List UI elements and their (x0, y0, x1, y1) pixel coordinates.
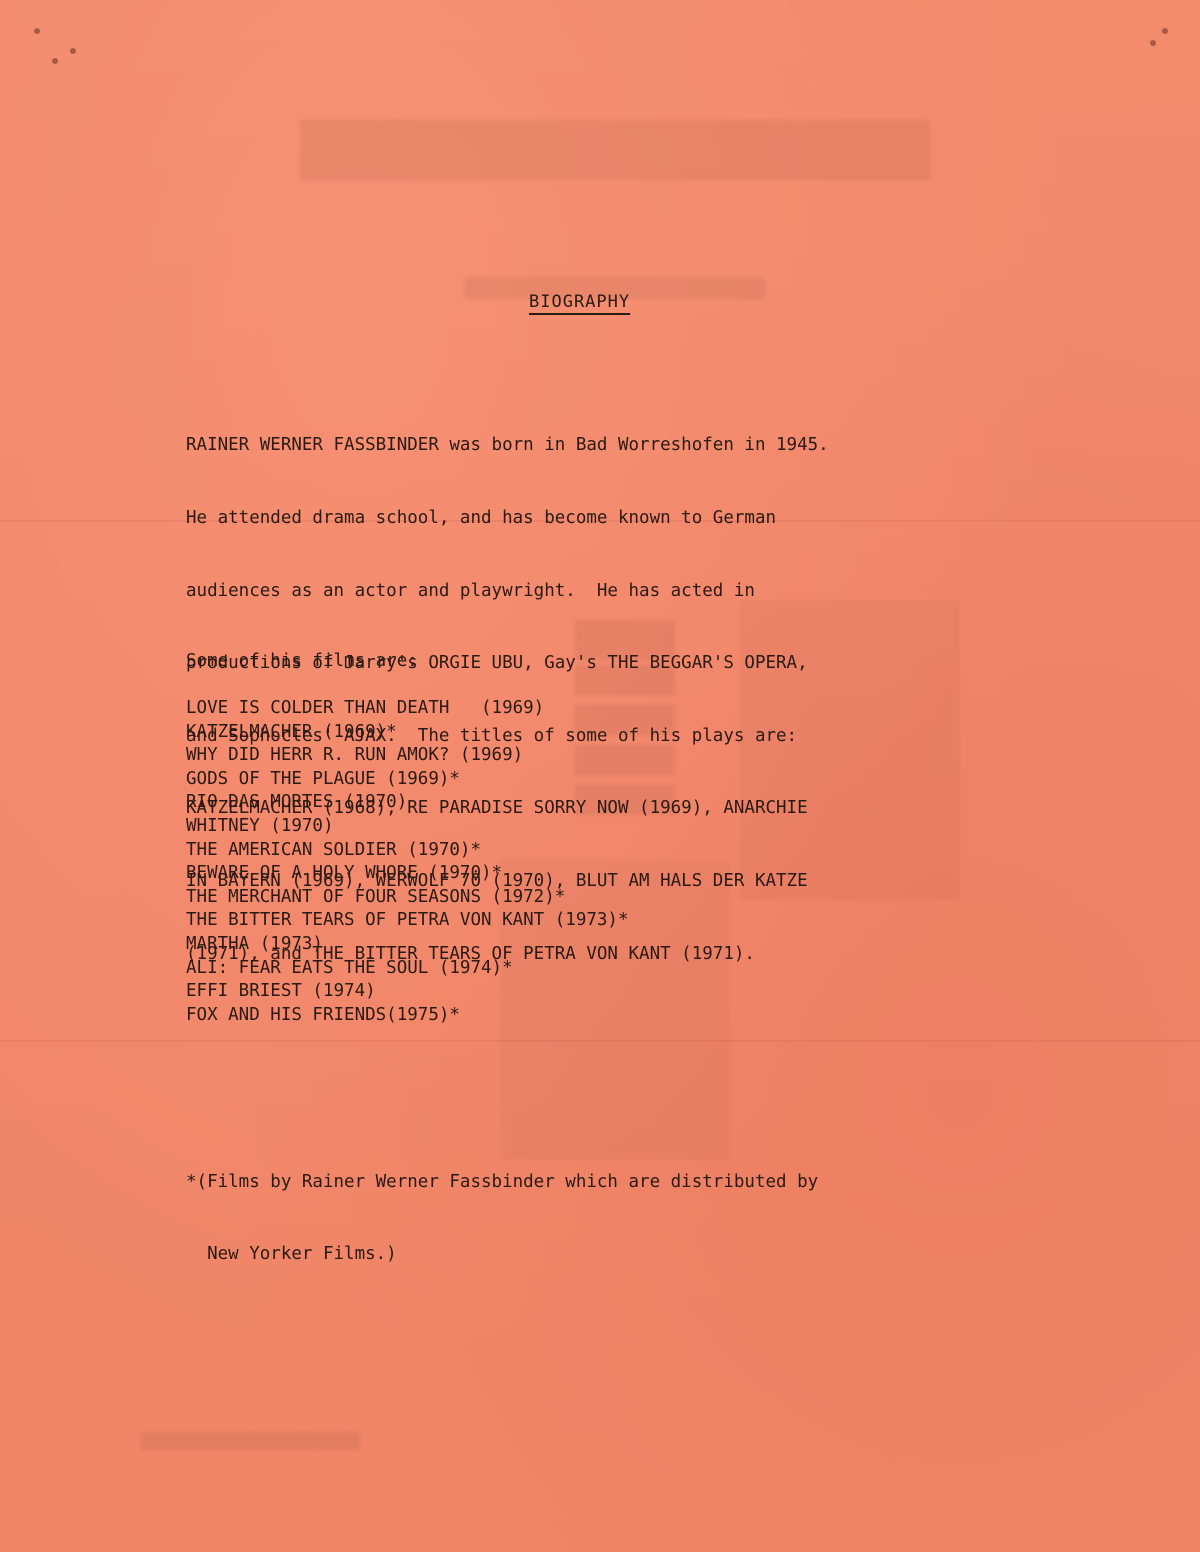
films-intro: Some of his films are: (186, 651, 418, 671)
film-item: THE BITTER TEARS OF PETRA VON KANT (1973… (186, 909, 629, 933)
film-item: THE MERCHANT OF FOUR SEASONS (1972)* (186, 886, 629, 910)
film-item: MARTHA (1973) (186, 933, 629, 957)
film-item: BEWARE OF A HOLY WHORE (1970)* (186, 862, 629, 886)
staple-hole (1150, 40, 1156, 46)
film-item: LOVE IS COLDER THAN DEATH (1969) (186, 697, 629, 721)
page-title: BIOGRAPHY (529, 292, 630, 312)
bleed-through-continued (140, 1432, 360, 1450)
footnote-line: *(Films by Rainer Werner Fassbinder whic… (186, 1170, 818, 1194)
staple-hole (70, 48, 76, 54)
film-item: KATZELMACHER (1969)* (186, 721, 629, 745)
bleed-through-masthead (300, 120, 930, 180)
staple-hole (34, 28, 40, 34)
staple-hole (52, 58, 58, 64)
film-item: ALI: FEAR EATS THE SOUL (1974)* (186, 957, 629, 981)
staple-hole (1162, 28, 1168, 34)
film-item: WHY DID HERR R. RUN AMOK? (1969) (186, 744, 629, 768)
bio-line: He attended drama school, and has become… (186, 506, 926, 530)
bio-line: RAINER WERNER FASSBINDER was born in Bad… (186, 433, 926, 457)
film-list: LOVE IS COLDER THAN DEATH (1969) KATZELM… (186, 697, 629, 1027)
footnote-line: New Yorker Films.) (186, 1242, 818, 1266)
film-item: WHITNEY (1970) (186, 815, 629, 839)
film-item: GODS OF THE PLAGUE (1969)* (186, 768, 629, 792)
film-item: RIO DAS MORTES (1970) (186, 791, 629, 815)
bio-line: audiences as an actor and playwright. He… (186, 579, 926, 603)
film-item: EFFI BRIEST (1974) (186, 980, 629, 1004)
film-item: FOX AND HIS FRIENDS(1975)* (186, 1004, 629, 1028)
film-item: THE AMERICAN SOLDIER (1970)* (186, 839, 629, 863)
distribution-footnote: *(Films by Rainer Werner Fassbinder whic… (186, 1122, 818, 1290)
